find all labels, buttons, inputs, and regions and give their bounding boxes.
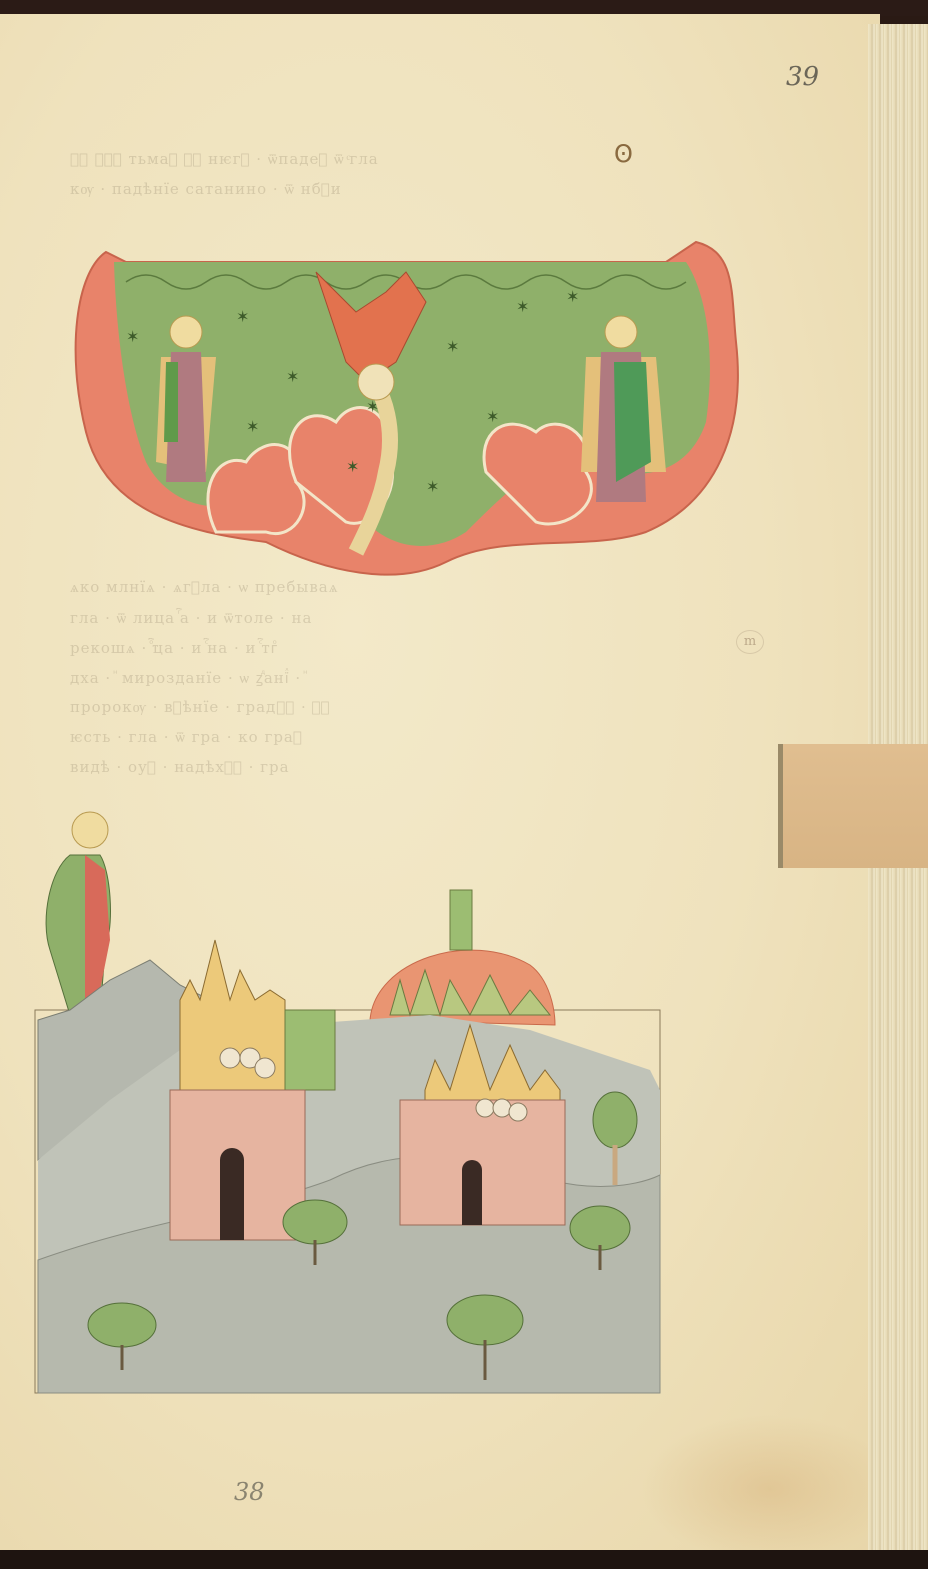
svg-text:✶: ✶ (446, 337, 459, 356)
water-stain (640, 1414, 900, 1564)
signature-mark: 38 (234, 1478, 265, 1506)
showthrough-line: видѣ · оуⷣ · надѣхⷪ҇ · гра (70, 758, 770, 776)
svg-text:✶: ✶ (246, 417, 259, 436)
svg-text:✶: ✶ (346, 457, 359, 476)
showthrough-line: пророкѹ · вⷣѣнїе · градѡⷨ · ⷪ҇ (70, 698, 770, 717)
prophet-figure (46, 812, 110, 1015)
svg-text:✶: ✶ (126, 327, 139, 346)
svg-text:✶: ✶ (566, 287, 579, 306)
svg-text:✶: ✶ (236, 307, 249, 326)
svg-text:✶: ✶ (426, 477, 439, 496)
miniature-fall-of-satan: ✶✶✶ ✶✶✶ ✶✶✶ ✶✶ (66, 232, 756, 582)
book-cover-bottom (0, 1550, 928, 1569)
showthrough-line: кѹ · падѣнїе сатанино · ѿ нбⷭи (70, 180, 770, 199)
showthrough-line: дха · ⷩ мирозданїе · ѡ ꙁⷣанїⷯ · ⷩ (70, 668, 770, 688)
showthrough-line: рекошѧ · ⷪ҇ҵа · и ⷭ҇на · и ⷭ҇тгⷪ (70, 638, 770, 658)
showthrough-line: ѧⷩ ꙁⷭ҇ тьмаⷧ ⷪ҇ нѥгⷪ · ѿпадеⷭ ѿ ͨгла (70, 150, 770, 169)
folio-number: 39 (786, 62, 819, 92)
bookmark-tab (778, 744, 928, 868)
showthrough-line: ѥсть · гла · ѿ гра · ко граⷣ (70, 728, 770, 747)
svg-text:✶: ✶ (286, 367, 299, 386)
svg-text:✶: ✶ (516, 297, 529, 316)
miniature-prophet-and-cities (30, 800, 670, 1400)
svg-text:✶: ✶ (486, 407, 499, 426)
showthrough-line: гла · ѿ лица ⷢ҇а · и ѿтоле · на (70, 608, 770, 628)
